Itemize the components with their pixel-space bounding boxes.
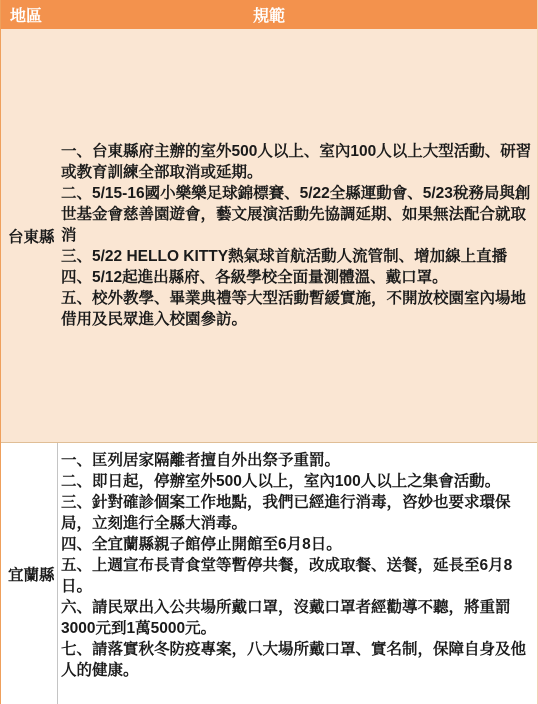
rule-item: 一、台東縣府主辦的室外500人以上、室內100人以上大型活動、研習或教育訓練全部… [61, 141, 533, 183]
region-label-taitung: 台東縣 [1, 29, 58, 442]
rule-item: 四、全宜蘭縣親子館停止開館至6月8日。 [61, 534, 533, 555]
rule-item: 七、請落實秋冬防疫專案，八大場所戴口罩、實名制，保障自身及他人的健康。 [61, 639, 533, 681]
column-header-rules: 規範 [253, 3, 285, 26]
table-row-taitung: 台東縣 一、台東縣府主辦的室外500人以上、室內100人以上大型活動、研習或教育… [1, 29, 537, 443]
rule-item: 二、5/15-16國小樂樂足球錦標賽、5/22全縣運動會、5/23稅務局與創世基… [61, 183, 533, 246]
column-header-region: 地區 [10, 3, 42, 26]
regulations-table: 地區 規範 台東縣 一、台東縣府主辦的室外500人以上、室內100人以上大型活動… [0, 0, 538, 704]
rules-list-taitung: 一、台東縣府主辦的室外500人以上、室內100人以上大型活動、研習或教育訓練全部… [61, 141, 533, 330]
rule-item: 三、針對確診個案工作地點，我們已經進行消毒，咨妙也要求環保局，立刻進行全縣大消毒… [61, 492, 533, 534]
rules-list-yilan: 一、匡列居家隔離者擅自外出祭予重罰。二、即日起，停辦室外500人以上，室內100… [61, 450, 533, 681]
rule-item: 二、即日起，停辦室外500人以上，室內100人以上之集會活動。 [61, 471, 533, 492]
region-label-yilan: 宜蘭縣 [1, 443, 58, 704]
rule-item: 三、5/22 HELLO KITTY熱氣球首航活動人流管制、增加線上直播 [61, 246, 533, 267]
table-header-row: 地區 規範 [1, 0, 537, 29]
rule-item: 一、匡列居家隔離者擅自外出祭予重罰。 [61, 450, 533, 471]
rules-cell-yilan: 一、匡列居家隔離者擅自外出祭予重罰。二、即日起，停辦室外500人以上，室內100… [58, 443, 537, 704]
rules-cell-taitung: 一、台東縣府主辦的室外500人以上、室內100人以上大型活動、研習或教育訓練全部… [58, 29, 537, 442]
rule-item: 六、請民眾出入公共場所戴口罩，沒戴口罩者經勸導不聽，將重罰3000元到1萬500… [61, 597, 533, 639]
table-row-yilan: 宜蘭縣 一、匡列居家隔離者擅自外出祭予重罰。二、即日起，停辦室外500人以上，室… [1, 443, 537, 704]
rule-item: 五、校外教學、畢業典禮等大型活動暫緩實施，不開放校園室內場地借用及民眾進入校園參… [61, 288, 533, 330]
rule-item: 四、5/12起進出縣府、各級學校全面量測體溫、戴口罩。 [61, 267, 533, 288]
rule-item: 五、上週宣布長青食堂等暫停共餐，改成取餐、送餐，延長至6月8日。 [61, 555, 533, 597]
